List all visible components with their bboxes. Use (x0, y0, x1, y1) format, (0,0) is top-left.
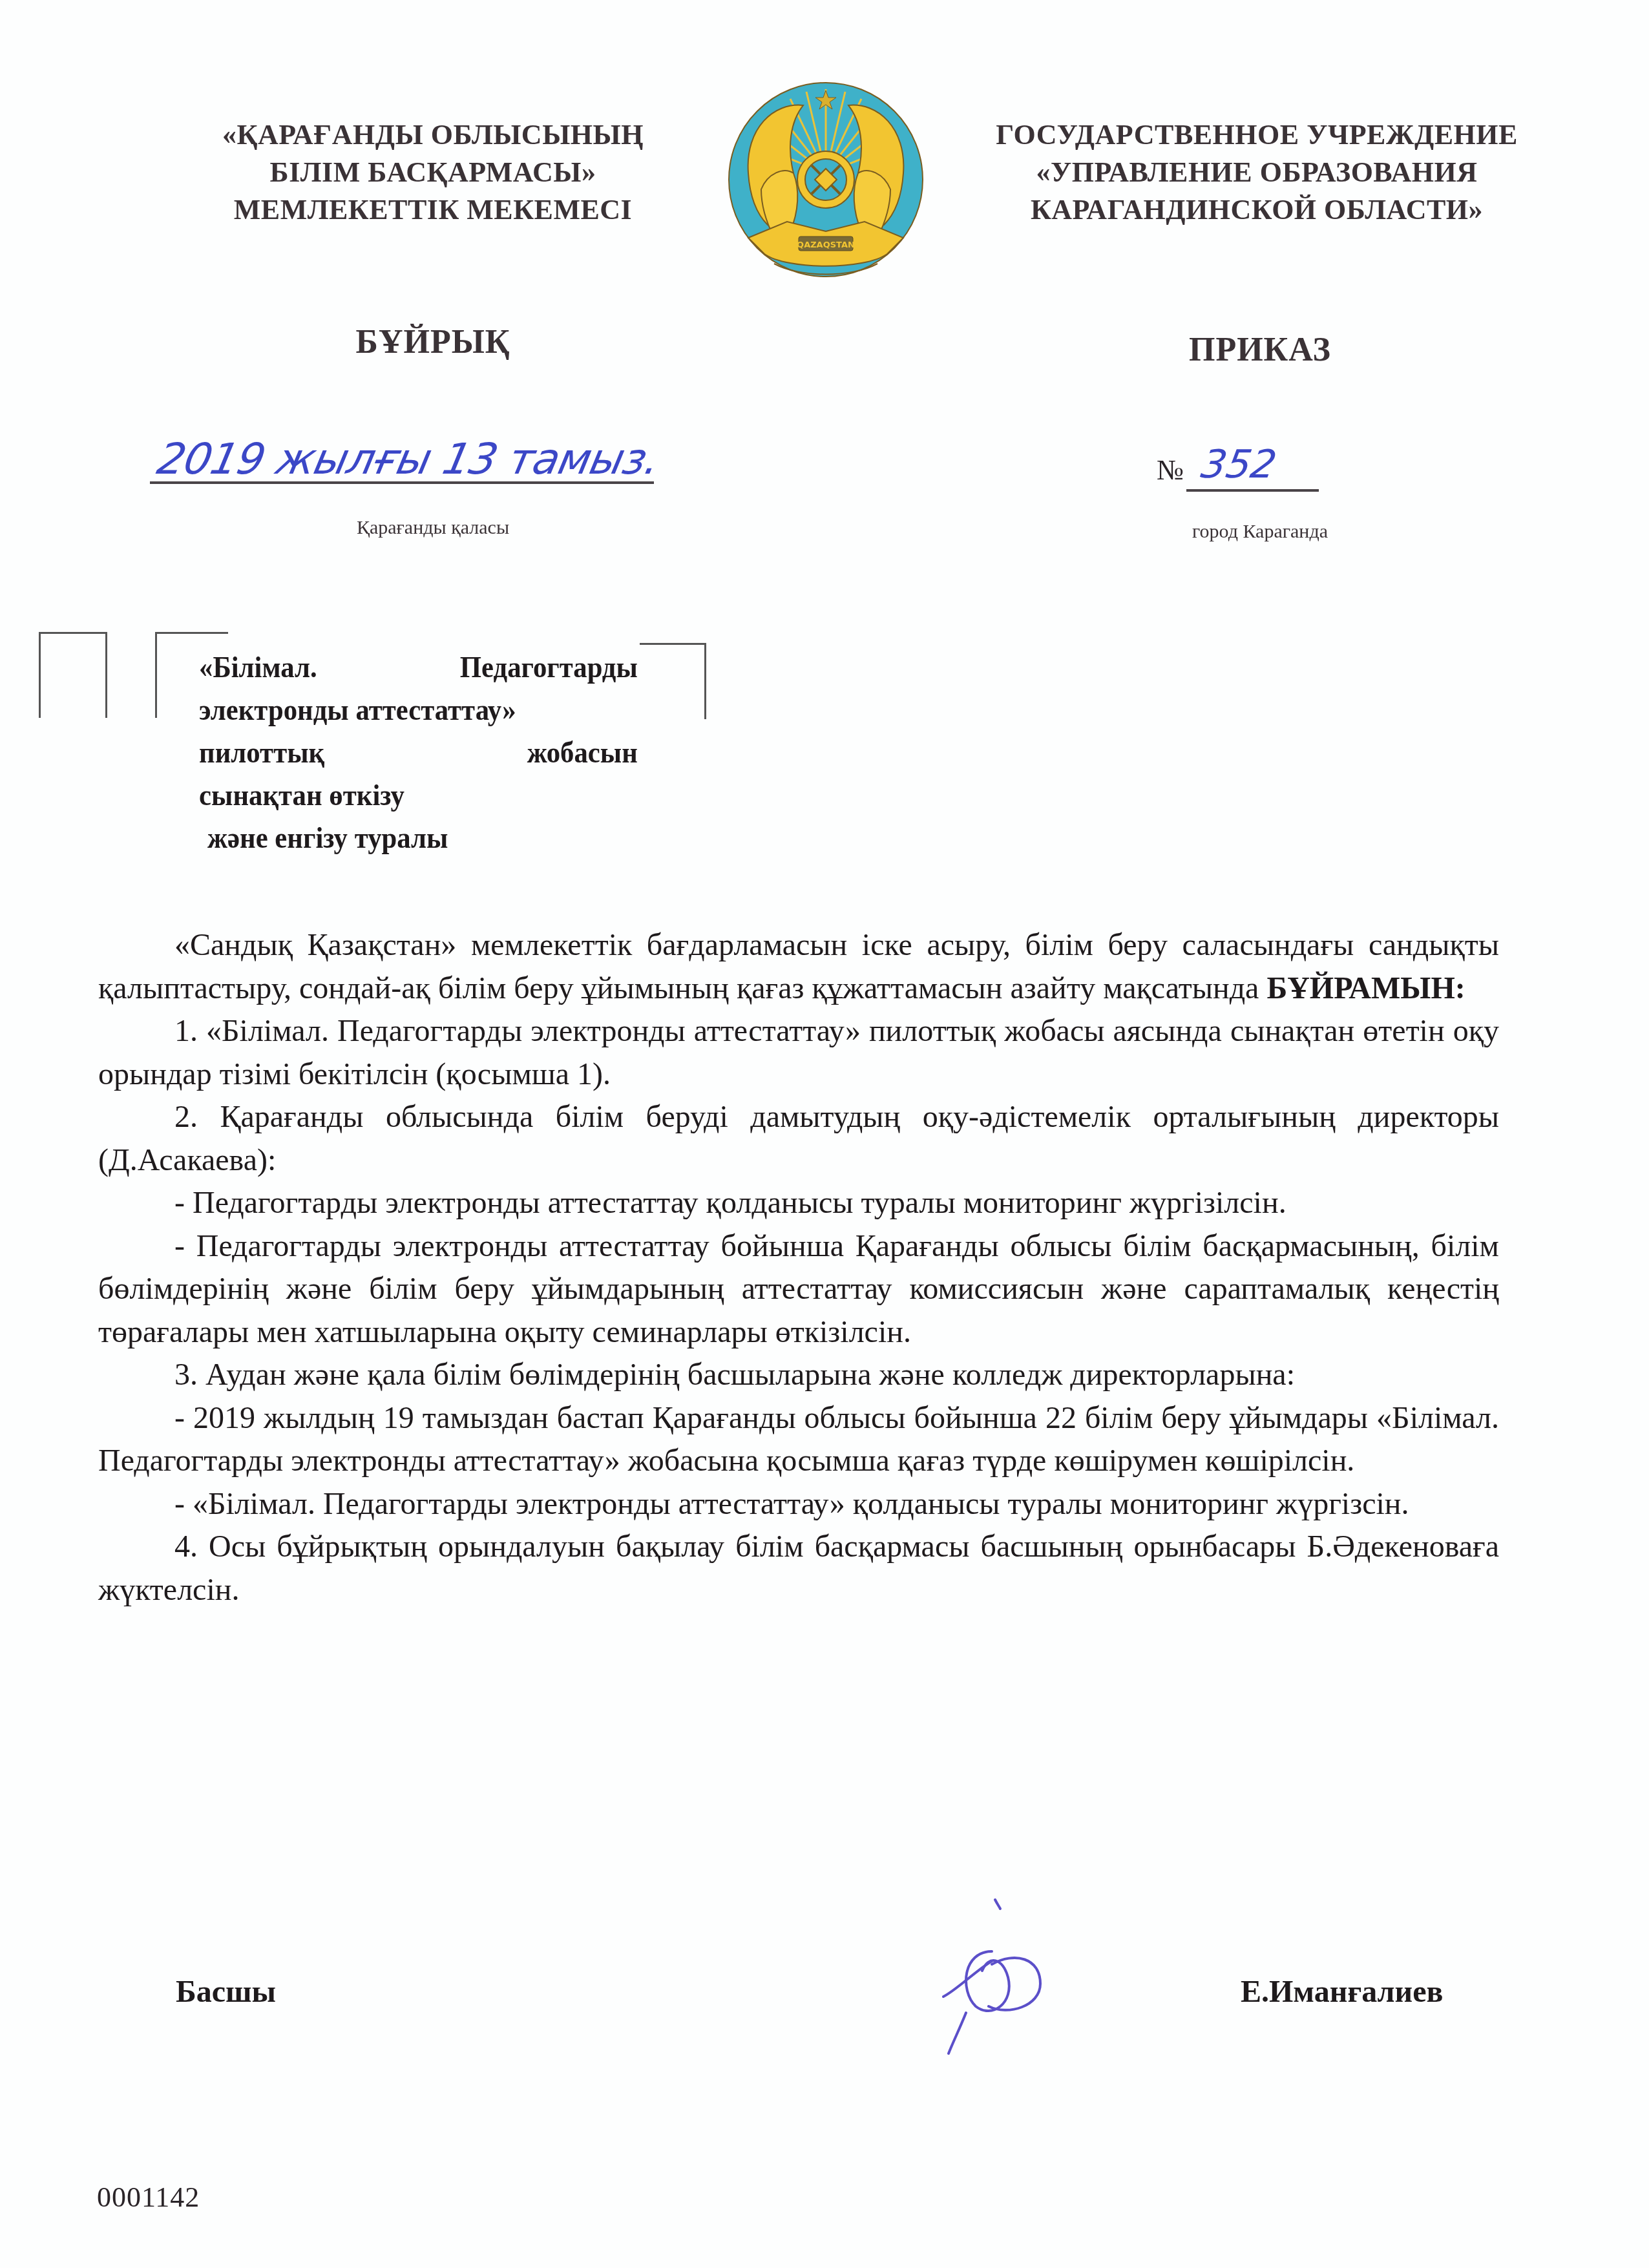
svg-text:QAZAQSTAN: QAZAQSTAN (797, 240, 855, 250)
order-body: «Сандық Қазақстан» мемлекеттік бағдарлам… (98, 924, 1499, 1612)
number-sign: № (1157, 454, 1184, 487)
command-word: БҰЙРАМЫН: (1266, 971, 1465, 1005)
org-kz-line: МЕМЛЕКЕТТІК МЕКЕМЕСІ (168, 191, 698, 229)
signatory-title: Басшы (176, 1974, 276, 2010)
order-item: 3. Аудан және қала білім бөлімдерінің ба… (98, 1354, 1499, 1397)
title-line: және енгізу туралы (199, 817, 607, 859)
order-subitem: - 2019 жылдың 19 тамыздан бастап Қараған… (98, 1397, 1499, 1483)
handwritten-signature (918, 1887, 1086, 2055)
order-item: 1. «Білімал. Педагогтарды электронды атт… (98, 1010, 1499, 1096)
corner-bracket (67, 632, 107, 718)
org-kz-line: БІЛІМ БАСҚАРМАСЫ» (168, 154, 698, 191)
organization-name-kz: «ҚАРАҒАНДЫ ОБЛЫСЫНЫҢ БІЛІМ БАСҚАРМАСЫ» М… (168, 116, 698, 229)
kazakhstan-state-emblem-icon: QAZAQSTAN (722, 76, 929, 283)
order-subject-title: «Білімал. Педагогтарды электронды аттест… (199, 646, 607, 859)
title-line: пилоттық жобасын (199, 731, 638, 774)
title-line: электронды аттестаттау» (199, 689, 607, 731)
city-kz: Қарағанды қаласы (271, 517, 594, 539)
title-line: сынақтан өткізу (199, 774, 607, 817)
order-item: 2. Қарағанды облысында білім беруді дамы… (98, 1096, 1499, 1182)
city-ru: город Караганда (1098, 521, 1422, 543)
form-serial-number: 0001142 (97, 2181, 200, 2214)
document-type-kz: БҰЙРЫҚ (271, 323, 594, 361)
handwritten-order-number: 352 (1198, 442, 1280, 487)
order-subitem: - Педагогтарды электронды аттестаттау бо… (98, 1225, 1499, 1354)
title-line: «Білімал. Педагогтарды (199, 646, 638, 689)
order-subitem: - «Білімал. Педагогтарды электронды атте… (98, 1483, 1499, 1526)
corner-bracket (640, 643, 706, 719)
org-kz-line: «ҚАРАҒАНДЫ ОБЛЫСЫНЫҢ (168, 116, 698, 154)
document-type-ru: ПРИКАЗ (1098, 331, 1422, 369)
org-ru-line: КАРАГАНДИНСКОЙ ОБЛАСТИ» (950, 191, 1564, 229)
handwritten-date: 2019 жылғы 13 тамыз. (153, 434, 664, 484)
preamble-paragraph: «Сандық Қазақстан» мемлекеттік бағдарлам… (98, 924, 1499, 1010)
date-underline (150, 481, 654, 484)
number-underline (1186, 489, 1319, 492)
order-subitem: - Педагогтарды электронды аттестаттау қо… (98, 1182, 1499, 1225)
organization-name-ru: ГОСУДАРСТВЕННОЕ УЧРЕЖДЕНИЕ «УПРАВЛЕНИЕ О… (950, 116, 1564, 229)
order-item: 4. Осы бұйрықтың орындалуын бақылау білі… (98, 1526, 1499, 1612)
org-ru-line: ГОСУДАРСТВЕННОЕ УЧРЕЖДЕНИЕ (950, 116, 1564, 154)
org-ru-line: «УПРАВЛЕНИЕ ОБРАЗОВАНИЯ (950, 154, 1564, 191)
signatory-name: Е.Иманғалиев (1241, 1974, 1443, 2010)
